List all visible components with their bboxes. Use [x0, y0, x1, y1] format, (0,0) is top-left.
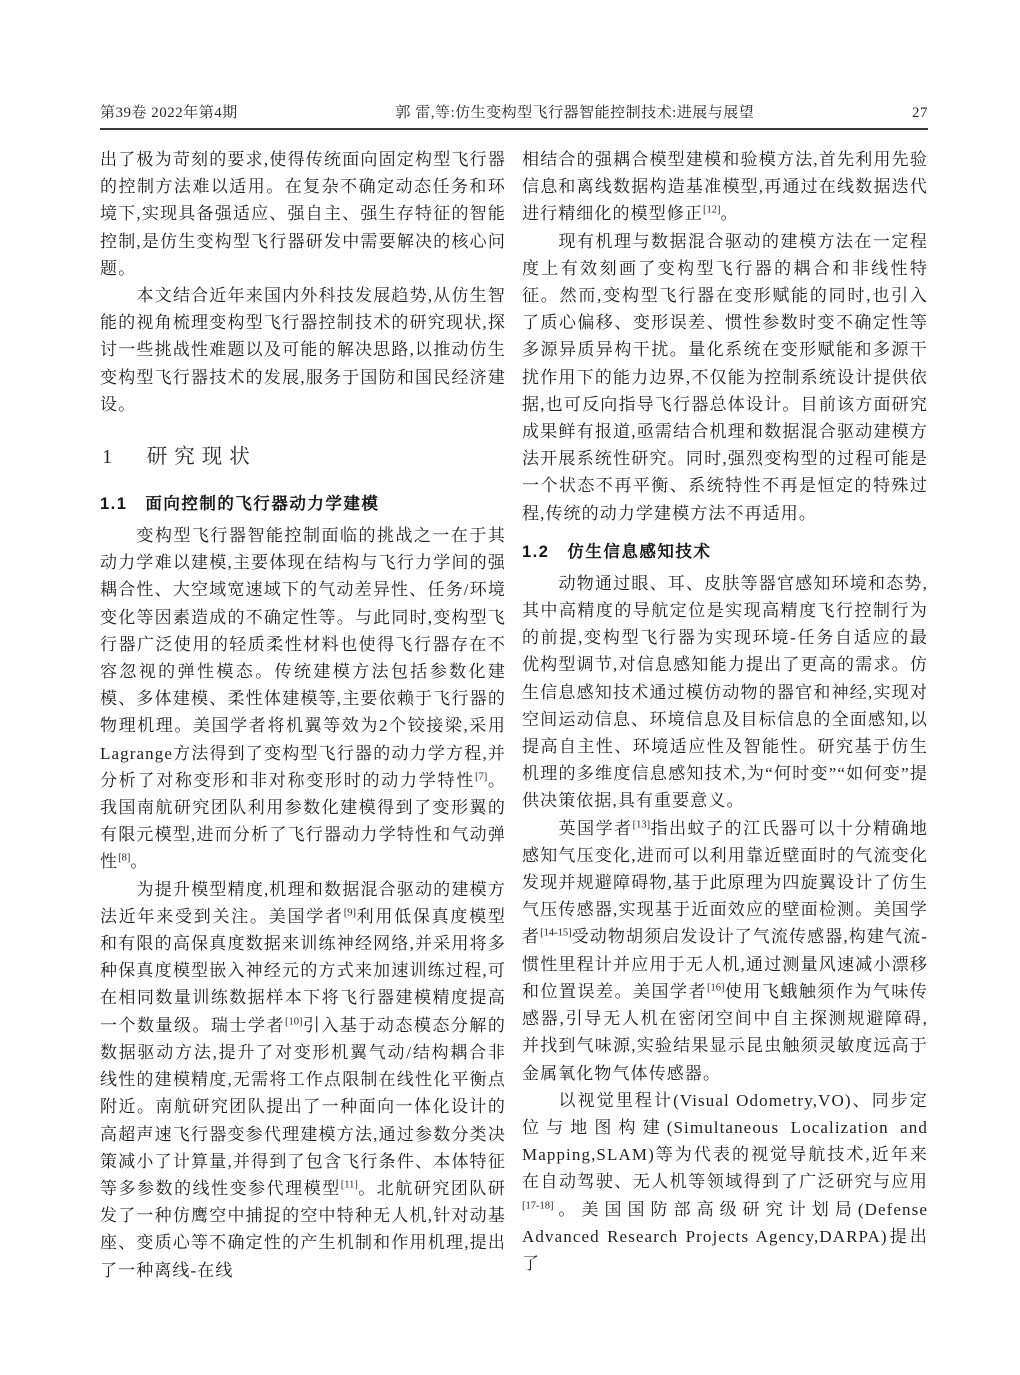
paragraph: 为提升模型精度,机理和数据混合驱动的建模方法近年来受到关注。美国学者[9]利用低… — [100, 876, 506, 1284]
paragraph: 本文结合近年来国内外科技发展趋势,从仿生智能的视角梳理变构型飞行器控制技术的研究… — [100, 282, 506, 418]
citation-ref: [11] — [341, 1179, 358, 1190]
citation-ref: [17-18] — [522, 1200, 554, 1211]
citation-ref: [16] — [707, 982, 725, 993]
paragraph: 相结合的强耦合模型建模和验模方法,首先利用先验信息和离线数据构造基准模型,再通过… — [522, 146, 928, 228]
paragraph: 现有机理与数据混合驱动的建模方法在一定程度上有效刻画了变构型飞行器的耦合和非线性… — [522, 228, 928, 527]
paragraph: 以视觉里程计(Visual Odometry,VO)、同步定位与地图构建(Sim… — [522, 1087, 928, 1277]
subsection-heading: 1.1 面向控制的飞行器动力学建模 — [100, 492, 506, 517]
paragraph: 动物通过眼、耳、皮肤等器官感知环境和态势,其中高精度的导航定位是实现高精度飞行控… — [522, 570, 928, 815]
page-header: 第39卷 2022年第4期 郭 雷,等:仿生变构型飞行器智能控制技术:进展与展望… — [100, 101, 928, 122]
subsection-heading: 1.2 仿生信息感知技术 — [522, 540, 928, 565]
citation-ref: [7] — [475, 771, 487, 782]
article-body: 出了极为苛刻的要求,使得传统面向固定构型飞行器的控制方法难以适用。在复杂不确定动… — [100, 146, 928, 1284]
section-heading: 1 研究现状 — [102, 443, 506, 471]
paragraph: 英国学者[13]指出蚊子的江氏器可以十分精确地感知气压变化,进而可以利用靠近壁面… — [522, 815, 928, 1087]
citation-ref: [10] — [285, 1016, 303, 1027]
column-right: 相结合的强耦合模型建模和验模方法,首先利用先验信息和离线数据构造基准模型,再通过… — [522, 146, 928, 1284]
citation-ref: [8] — [118, 853, 130, 864]
citation-ref: [13] — [633, 819, 651, 830]
citation-ref: [14-15] — [540, 928, 572, 939]
column-left: 出了极为苛刻的要求,使得传统面向固定构型飞行器的控制方法难以适用。在复杂不确定动… — [100, 146, 506, 1284]
header-rule — [100, 128, 928, 130]
header-page-number: 27 — [912, 105, 928, 122]
journal-page: 第39卷 2022年第4期 郭 雷,等:仿生变构型飞行器智能控制技术:进展与展望… — [0, 0, 1020, 1375]
citation-ref: [12] — [703, 205, 721, 216]
paragraph: 变构型飞行器智能控制面临的挑战之一在于其动力学难以建模,主要体现在结构与飞行力学… — [100, 522, 506, 876]
header-volume-issue: 第39卷 2022年第4期 — [100, 101, 238, 122]
header-running-title: 郭 雷,等:仿生变构型飞行器智能控制技术:进展与展望 — [238, 101, 912, 122]
paragraph: 出了极为苛刻的要求,使得传统面向固定构型飞行器的控制方法难以适用。在复杂不确定动… — [100, 146, 506, 282]
citation-ref: [9] — [344, 907, 356, 918]
